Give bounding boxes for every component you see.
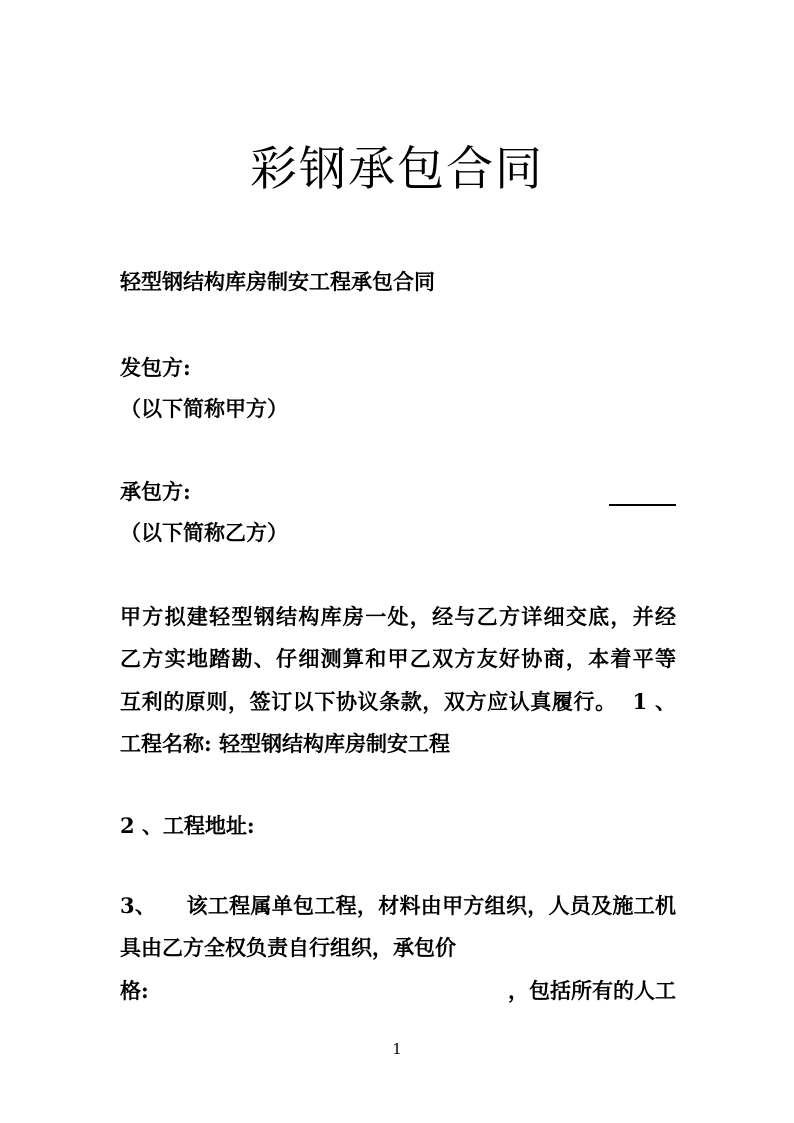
intro-paragraph-line-3: 互利的原则，签订以下协议条款，双方应认真履行。 1 、 xyxy=(120,687,676,717)
clause-3-line-2: 具由乙方全权负责自行组织，承包价 xyxy=(120,933,676,963)
contractor-label: 承包方: xyxy=(120,477,676,507)
contractor-name-blank xyxy=(609,504,676,506)
employer-alias: （以下简称甲方） xyxy=(120,394,676,424)
employer-label: 发包方: xyxy=(120,353,676,383)
document-subtitle: 轻型钢结构库房制安工程承包合同 xyxy=(120,267,676,297)
intro-paragraph-line-1: 甲方拟建轻型钢结构库房一处，经与乙方详细交底，并经 xyxy=(120,602,676,632)
page-number: 1 xyxy=(0,1038,794,1060)
clause-3-line-3-right: ，包括所有的人工 xyxy=(508,976,676,1006)
clause-2-project-address: 2 、工程地址: xyxy=(120,811,676,841)
contractor-alias: （以下简称乙方） xyxy=(120,518,676,548)
document-title: 彩钢承包合同 xyxy=(0,138,794,202)
document-page: 彩钢承包合同 轻型钢结构库房制安工程承包合同 发包方: （以下简称甲方） 承包方… xyxy=(0,0,794,1123)
clause-3-line-1: 3、 该工程属单包工程，材料由甲方组织，人员及施工机 xyxy=(120,891,676,921)
intro-paragraph-line-2: 乙方实地踏勘、仔细测算和甲乙双方友好协商，本着平等 xyxy=(120,644,676,674)
clause-1-project-name: 工程名称: 轻型钢结构库房制安工程 xyxy=(120,729,676,759)
clause-3-line-3-left: 格: xyxy=(120,976,149,1006)
clause-3-line-3: 格: ，包括所有的人工 xyxy=(120,976,676,1006)
